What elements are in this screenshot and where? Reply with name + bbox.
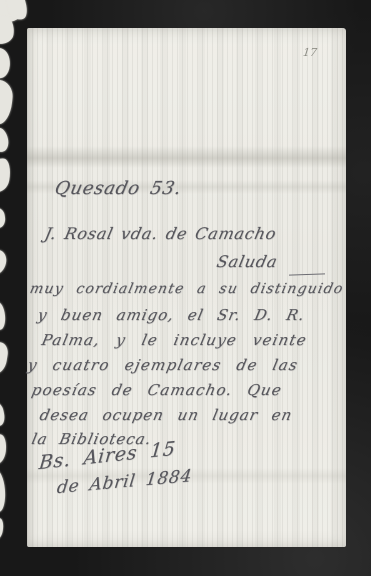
torn-edge-fragment	[0, 341, 9, 376]
torn-edge-fragment	[0, 469, 7, 512]
letter-body-line: desea ocupen un lugar en	[38, 406, 294, 424]
torn-edge-fragment	[0, 207, 6, 229]
torn-edge-fragment	[0, 517, 5, 541]
page-number: 17	[302, 46, 317, 59]
letter-body-line: Palma, y le incluye veinte	[40, 331, 309, 349]
torn-edge-fragment	[0, 156, 13, 193]
torn-edge-fragment	[0, 301, 6, 330]
scan-smudge	[27, 146, 346, 168]
letter-paper: 17 Quesado 53. J. Rosal vda. de Camacho …	[27, 28, 346, 547]
letter-body-line: y cuatro ejemplares de las	[26, 356, 300, 374]
flourish-line	[289, 273, 325, 275]
torn-edge-fragment	[0, 433, 8, 465]
torn-edge-fragment	[0, 248, 8, 275]
letter-address-line: Quesado 53.	[53, 178, 184, 199]
scan-background: 17 Quesado 53. J. Rosal vda. de Camacho …	[0, 0, 371, 576]
letter-closing-date: de Abril 1884	[56, 466, 194, 498]
letter-sender-line: J. Rosal vda. de Camacho	[43, 224, 278, 243]
letter-body-line: poesías de Camacho. Que	[30, 381, 284, 399]
torn-edge-fragment	[0, 401, 6, 427]
torn-edge-fragment	[0, 79, 14, 125]
letter-body-line: muy cordialmente a su distinguido	[28, 281, 345, 297]
torn-edge-fragment	[0, 46, 12, 79]
letter-salutation: Saluda	[215, 252, 280, 271]
letter-body-line: y buen amigo, el Sr. D. R.	[36, 306, 307, 324]
torn-edge-fragment	[0, 127, 10, 154]
